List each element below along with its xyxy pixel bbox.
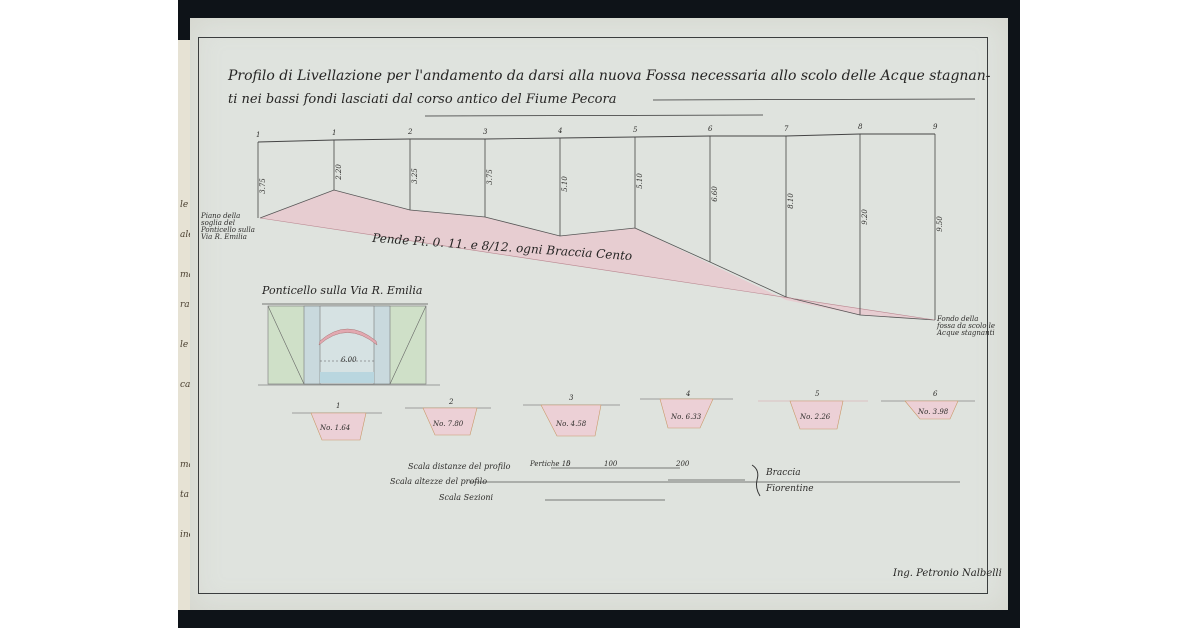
depth-6: 5.10 (636, 173, 644, 189)
station-9: 9 (933, 123, 937, 131)
cross-sections (292, 399, 975, 440)
station-6: 6 (708, 125, 712, 133)
station-5: 5 (633, 126, 637, 134)
bridge-label: Ponticello sulla Via R. Emilia (262, 284, 422, 297)
station-1: 1 (256, 131, 260, 139)
scale-row1-tick-3: 200 (676, 460, 689, 468)
scale-row1-tick-0: Pertiche 10 (530, 460, 571, 468)
signature: Ing. Petronio Nalbelli (893, 568, 1002, 579)
scale-row3-label: Scala Sezioni (439, 493, 493, 502)
section-1-num: 1 (336, 402, 340, 410)
depth-4: 3.75 (486, 169, 494, 185)
scale-row1-tick-2: 100 (604, 460, 617, 468)
scale-bars (469, 468, 960, 500)
depth-8: 8.10 (787, 193, 795, 209)
section-3-label: No. 4.58 (556, 420, 586, 428)
section-5-num: 5 (815, 390, 819, 398)
depth-1: 3.75 (259, 178, 267, 194)
depth-9: 9.20 (861, 209, 869, 225)
section-1-label: No. 1.64 (320, 424, 350, 432)
section-6-label: No. 3.98 (918, 408, 948, 416)
section-3-num: 3 (569, 394, 573, 402)
scale-row2-label: Scala altezze del profilo (390, 477, 487, 486)
station-8: 8 (858, 123, 862, 131)
depth-2: 2.20 (335, 164, 343, 180)
depth-3: 3.25 (411, 168, 419, 184)
profile-start-note: Piano della soglia del Ponticello sulla … (201, 213, 261, 241)
section-4-num: 4 (686, 390, 690, 398)
brace-bottom-label: Fiorentine (766, 484, 814, 494)
bridge-elevation (258, 304, 440, 385)
scale-row1-tick-1: 5 (566, 460, 570, 468)
station-3: 3 (483, 128, 487, 136)
scale-row1-label: Scala distanze del profilo (408, 462, 510, 471)
depth-10: 9.50 (936, 216, 944, 232)
section-2-label: No. 7.80 (433, 420, 463, 428)
section-2-num: 2 (449, 398, 453, 406)
depth-7: 6.60 (711, 186, 719, 202)
bridge-span: 6.00 (341, 356, 357, 364)
station-7: 7 (784, 125, 788, 133)
station-2: 2 (408, 128, 412, 136)
station-4: 4 (558, 127, 562, 135)
brace-top-label: Braccia (766, 468, 801, 478)
profile-end-note: Fondo della fossa da scolo le Acque stag… (937, 316, 997, 337)
section-4-label: No. 6.33 (671, 413, 701, 421)
station-1b: 1 (332, 129, 336, 137)
section-6-num: 6 (933, 390, 937, 398)
depth-5: 5.10 (561, 176, 569, 192)
section-5-label: No. 2.26 (800, 413, 830, 421)
drawing-canvas (0, 0, 1200, 628)
